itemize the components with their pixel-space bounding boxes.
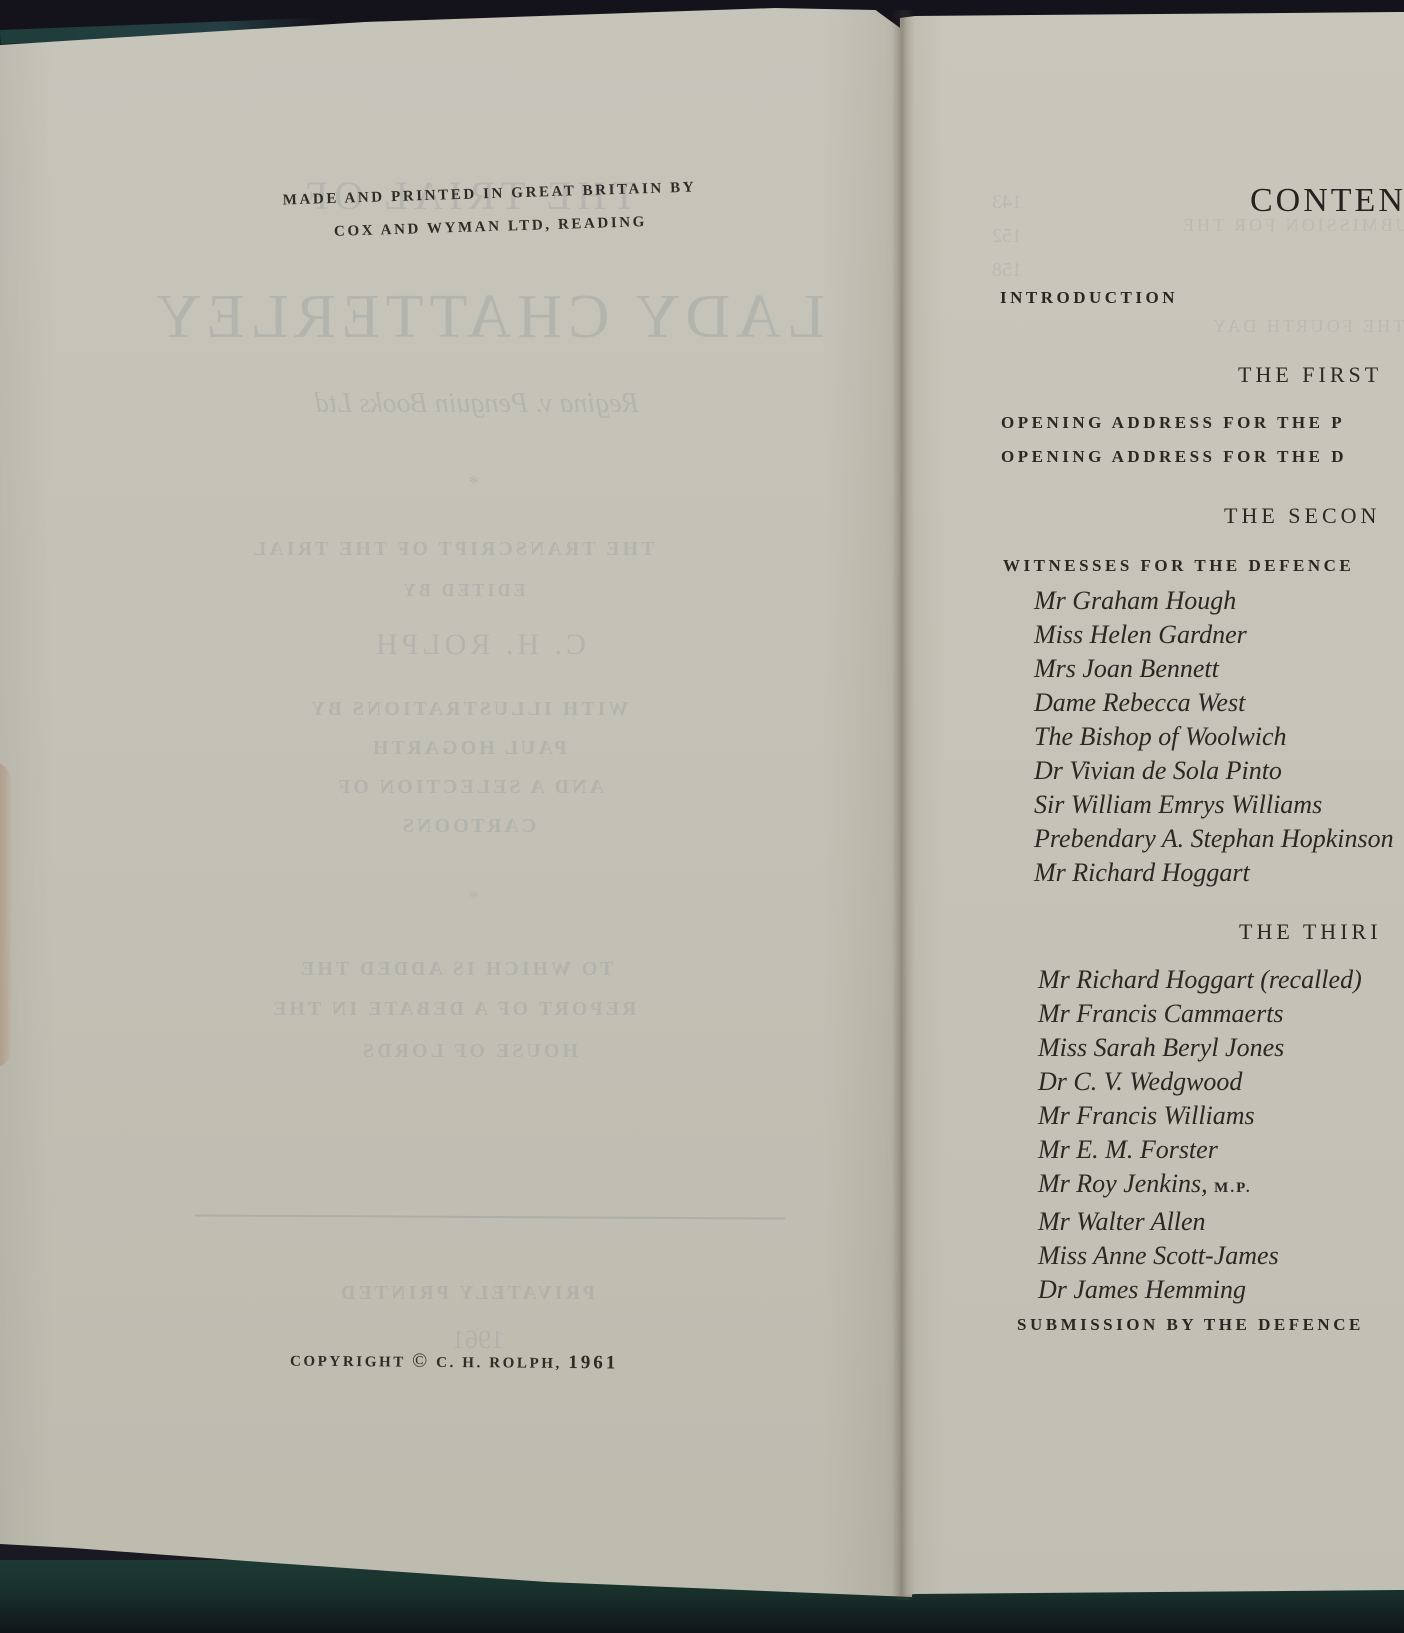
show-through-star2: * <box>468 885 479 911</box>
copyright-label: COPYRIGHT <box>290 1354 406 1371</box>
show-through-privately: PRIVATELY PRINTED <box>338 1282 595 1305</box>
show-through-title-line2: LADY CHATTERLEY <box>150 282 825 353</box>
witness-item: Dr C. V. Wedgwood <box>1038 1065 1362 1099</box>
toc-submission: SUBMISSION BY THE DEFENCE <box>1017 1315 1364 1335</box>
copyright-year: 1961 <box>568 1352 618 1373</box>
witness-list-day-two: Mr Graham Hough Miss Helen Gardner Mrs J… <box>1034 584 1394 890</box>
witness-item: Mr Francis Williams <box>1038 1099 1362 1133</box>
printer-imprint: MADE AND PRINTED IN GREAT BRITAIN BY COX… <box>249 170 731 251</box>
witness-item: Mr Roy Jenkins, M.P. <box>1038 1167 1362 1205</box>
witness-item: Mr E. M. Forster <box>1038 1133 1362 1167</box>
toc-day-three: THE THIRI <box>1239 919 1382 945</box>
show-through-rule <box>195 1214 785 1219</box>
show-through-case: Regina v. Penguin Books Ltd <box>315 388 639 420</box>
copyright-line: COPYRIGHT © C. H. ROLPH, 1961 <box>290 1349 619 1375</box>
witness-name: Mr Roy Jenkins, <box>1038 1169 1208 1198</box>
toc-day-two: THE SECON <box>1224 503 1380 529</box>
show-through-editor: C. H. ROLPH <box>372 628 586 662</box>
show-through-fourth-day: THE FOURTH DAY <box>1210 316 1404 337</box>
witness-item: Mr Francis Cammaerts <box>1038 997 1362 1031</box>
book-photo: THE TRIAL OF LADY CHATTERLEY Regina v. P… <box>0 0 1404 1633</box>
show-through-illus4: CARTOONS <box>400 815 536 838</box>
witness-item: Mr Richard Hoggart <box>1034 856 1394 890</box>
witness-item: Mr Walter Allen <box>1038 1205 1362 1239</box>
witness-suffix: M.P. <box>1214 1180 1251 1196</box>
show-through-page-numbers: 143152158 <box>992 185 1022 287</box>
copyright-symbol-icon: © <box>412 1350 430 1372</box>
witness-item: Mr Richard Hoggart (recalled) <box>1038 963 1362 997</box>
toc-day-one: THE FIRST <box>1238 362 1382 388</box>
show-through-star1: * <box>468 470 479 496</box>
witness-item: Dr Vivian de Sola Pinto <box>1034 754 1394 788</box>
show-through-illus2: PAUL HOGARTH <box>370 737 567 760</box>
toc-opening-defence: OPENING ADDRESS FOR THE D <box>1001 447 1347 467</box>
witness-item: Prebendary A. Stephan Hopkinson <box>1034 822 1394 856</box>
contents-heading: CONTEN <box>1250 182 1404 220</box>
left-page: THE TRIAL OF LADY CHATTERLEY Regina v. P… <box>0 0 912 1633</box>
show-through-illus3: AND A SELECTION OF <box>335 776 604 799</box>
witness-item: Dame Rebecca West <box>1034 686 1394 720</box>
witness-item: Sir William Emrys Williams <box>1034 788 1394 822</box>
thumb-holding-page <box>0 760 12 1070</box>
witness-item: Miss Anne Scott-James <box>1038 1239 1362 1273</box>
toc-introduction: INTRODUCTION <box>1000 288 1178 308</box>
witness-item: Mr Graham Hough <box>1034 584 1394 618</box>
show-through-added3: HOUSE OF LORDS <box>360 1040 578 1063</box>
show-through-added1: TO WHICH IS ADDED THE <box>298 958 613 981</box>
witness-list-day-three: Mr Richard Hoggart (recalled) Mr Francis… <box>1038 963 1362 1307</box>
show-through-illus1: WITH ILLUSTRATIONS BY <box>308 698 628 721</box>
witness-item: Dr James Hemming <box>1038 1273 1362 1307</box>
show-through-added2: REPORT OF A DEBATE IN THE <box>270 998 636 1021</box>
witness-item: Mrs Joan Bennett <box>1034 652 1394 686</box>
toc-witnesses-heading: WITNESSES FOR THE DEFENCE <box>1003 556 1354 576</box>
copyright-holder: C. H. ROLPH, <box>436 1355 562 1372</box>
show-through-edited-by: EDITED BY <box>400 580 526 601</box>
toc-opening-prosecution: OPENING ADDRESS FOR THE P <box>1001 413 1345 433</box>
show-through-transcript: THE TRANSCRIPT OF THE TRIAL <box>250 538 654 561</box>
witness-item: Miss Helen Gardner <box>1034 618 1394 652</box>
witness-item: Miss Sarah Beryl Jones <box>1038 1031 1362 1065</box>
book-gutter <box>892 10 914 1600</box>
witness-item: The Bishop of Woolwich <box>1034 720 1394 754</box>
